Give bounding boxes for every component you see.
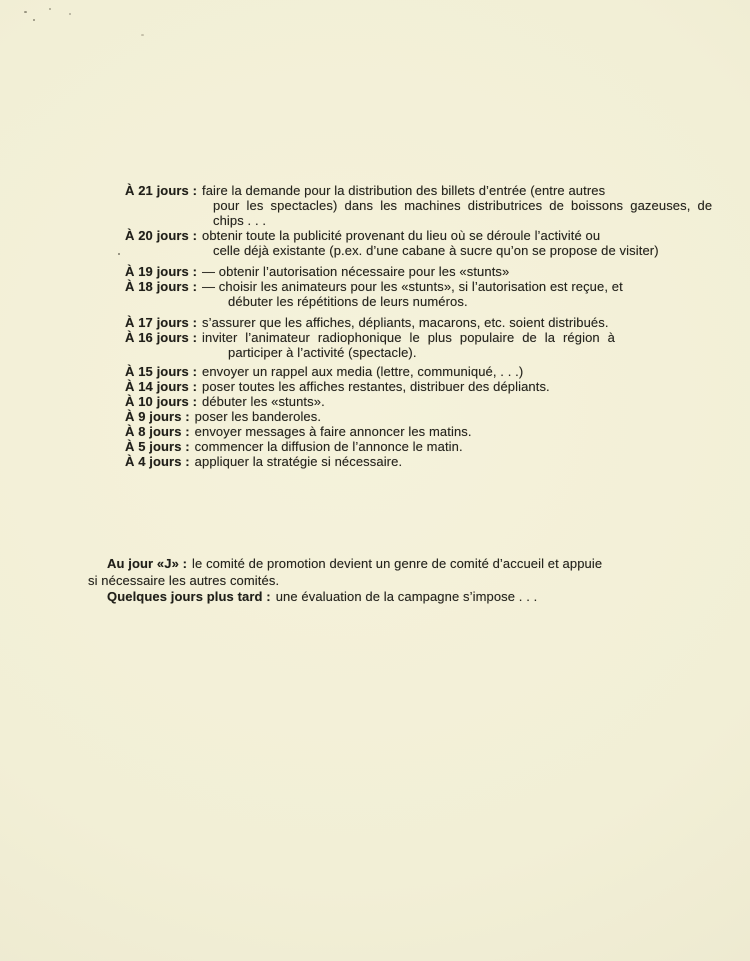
schedule-item-label: À 21 jours : [125, 183, 197, 198]
schedule-item-label: À 17 jours : [125, 315, 197, 330]
later-label: Quelques jours plus tard : [107, 589, 271, 604]
schedule-item-text: participer à l’activité (spectacle). [125, 345, 715, 360]
schedule-item-label: À 18 jours : [125, 279, 197, 294]
jour-j-line: Au jour «J» :le comité de promotion devi… [88, 556, 718, 573]
schedule-item-15-jours: À 15 jours :envoyer un rappel aux media … [125, 364, 715, 379]
scan-speck [69, 13, 71, 15]
schedule-item-text: commencer la diffusion de l’annonce le m… [195, 439, 463, 454]
schedule-item-label: À 19 jours : [125, 264, 197, 279]
scan-speck [49, 8, 51, 10]
schedule-item-text: poser les banderoles. [195, 409, 321, 424]
later-line: Quelques jours plus tard :une évaluation… [88, 589, 718, 606]
schedule-item-text: poser toutes les affiches restantes, dis… [202, 379, 550, 394]
jour-j-wrap-line: si nécessaire les autres comités. [88, 573, 718, 590]
schedule-item-20-jours: À 20 jours :obtenir toute la publicité p… [125, 228, 715, 258]
schedule-item-label: À 4 jours : [125, 454, 190, 469]
schedule-item-text: celle déjà existante (p.ex. d’une cabane… [125, 243, 715, 258]
scan-speck [141, 34, 144, 36]
schedule-item-label: À 15 jours : [125, 364, 197, 379]
schedule-item-text: débuter les répétitions de leurs numéros… [125, 294, 715, 309]
schedule-item-label: À 10 jours : [125, 394, 197, 409]
schedule-item-label: À 20 jours : [125, 228, 197, 243]
schedule-item-14-jours: À 14 jours :poser toutes les affiches re… [125, 379, 715, 394]
schedule-item-17-jours: À 17 jours :s’assurer que les affiches, … [125, 315, 715, 330]
scan-speck [118, 253, 120, 255]
later-text: une évaluation de la campagne s’impose .… [276, 589, 538, 604]
schedule-item-text: envoyer un rappel aux media (lettre, com… [202, 364, 523, 379]
closing-paragraph: Au jour «J» :le comité de promotion devi… [88, 556, 718, 606]
schedule-item-text: — obtenir l’autorisation nécessaire pour… [202, 264, 509, 279]
schedule-item-16-jours: À 16 jours :inviter l’animateur radiopho… [125, 330, 715, 360]
schedule-item-text: envoyer messages à faire annoncer les ma… [195, 424, 472, 439]
schedule-item-5-jours: À 5 jours :commencer la diffusion de l’a… [125, 439, 715, 454]
schedule-item-4-jours: À 4 jours :appliquer la stratégie si néc… [125, 454, 715, 469]
jour-j-text: le comité de promotion devient un genre … [192, 556, 602, 571]
schedule-item-label: À 14 jours : [125, 379, 197, 394]
scan-speck [24, 11, 27, 13]
schedule-item-8-jours: À 8 jours :envoyer messages à faire anno… [125, 424, 715, 439]
schedule-item-19-jours: À 19 jours :— obtenir l’autorisation néc… [125, 264, 715, 279]
jour-j-label: Au jour «J» : [107, 556, 187, 571]
schedule-item-text: inviter l’animateur radiophonique le plu… [202, 330, 615, 345]
schedule-item-label: À 5 jours : [125, 439, 190, 454]
schedule-item-text: pour les spectacles) dans les machines d… [125, 198, 715, 213]
schedule-item-text: débuter les «stunts». [202, 394, 325, 409]
schedule-item-text: appliquer la stratégie si nécessaire. [195, 454, 402, 469]
schedule-item-18-jours: À 18 jours :— choisir les animateurs pou… [125, 279, 715, 309]
schedule-item-10-jours: À 10 jours :débuter les «stunts». [125, 394, 715, 409]
schedule-item-label: À 8 jours : [125, 424, 190, 439]
schedule-item-text: obtenir toute la publicité provenant du … [202, 228, 600, 243]
schedule-item-label: À 9 jours : [125, 409, 190, 424]
schedule-item-9-jours: À 9 jours :poser les banderoles. [125, 409, 715, 424]
countdown-schedule: À 21 jours :faire la demande pour la dis… [125, 183, 715, 469]
scanned-page: À 21 jours :faire la demande pour la dis… [0, 0, 750, 961]
schedule-item-text: chips . . . [125, 213, 715, 228]
schedule-item-text: faire la demande pour la distribution de… [202, 183, 605, 198]
schedule-item-text: — choisir les animateurs pour les «stunt… [202, 279, 623, 294]
schedule-item-21-jours: À 21 jours :faire la demande pour la dis… [125, 183, 715, 228]
schedule-item-label: À 16 jours : [125, 330, 197, 345]
scan-speck [33, 19, 35, 21]
schedule-item-text: s’assurer que les affiches, dépliants, m… [202, 315, 609, 330]
